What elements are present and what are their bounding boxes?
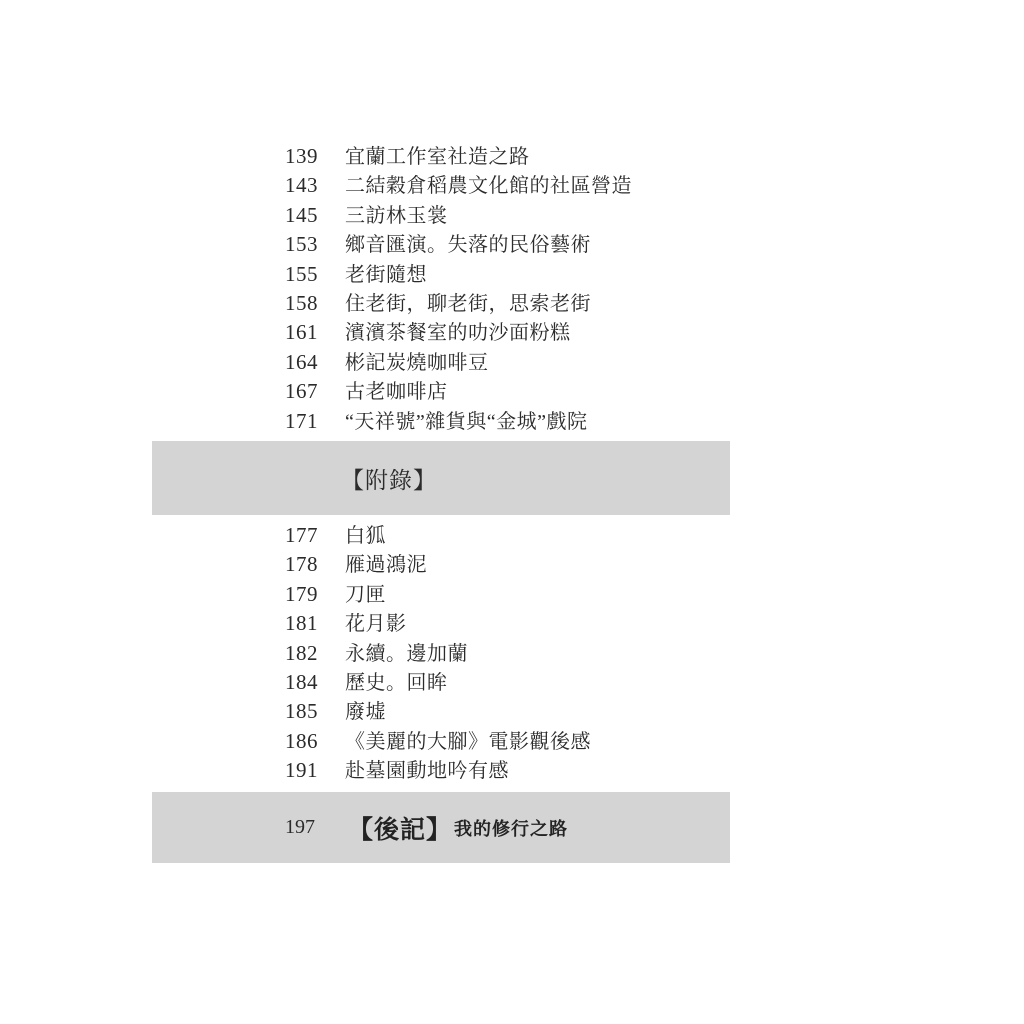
appendix-banner-label: 【附錄】 bbox=[341, 462, 437, 495]
toc-entry-page-number: 179 bbox=[285, 580, 345, 609]
toc-entry-title: 三訪林玉裳 bbox=[345, 205, 448, 227]
postscript-banner-label: 【後記】 bbox=[348, 810, 452, 846]
toc-entry: 191赴墓園動地吟有感 bbox=[0, 756, 1024, 785]
toc-entry: 158住老街，聊老街，思索老街 bbox=[0, 289, 1024, 318]
toc-entry-page-number: 143 bbox=[285, 171, 345, 200]
toc-entry-title: 白狐 bbox=[345, 525, 386, 547]
toc-entry-title: 古老咖啡店 bbox=[345, 381, 448, 403]
toc-entry-title: 歷史。回眸 bbox=[345, 672, 448, 694]
toc-entry-title: 宜蘭工作室社造之路 bbox=[345, 146, 530, 168]
toc-entry-title: 廢墟 bbox=[345, 701, 386, 723]
toc-entry-title: 雁過鴻泥 bbox=[345, 554, 427, 576]
toc-entry-title: 花月影 bbox=[345, 613, 407, 635]
toc-entry-page-number: 155 bbox=[285, 260, 345, 289]
toc-entry-page-number: 184 bbox=[285, 668, 345, 697]
toc-entry: 179刀匣 bbox=[0, 580, 1024, 609]
toc-entry: 184歷史。回眸 bbox=[0, 668, 1024, 697]
toc-entry-page-number: 182 bbox=[285, 639, 345, 668]
toc-entry: 171“天祥號”雜貨與“金城”戲院 bbox=[0, 407, 1024, 436]
toc-entry-page-number: 167 bbox=[285, 377, 345, 406]
toc-entry-page-number: 181 bbox=[285, 609, 345, 638]
toc-entry-title: 住老街，聊老街，思索老街 bbox=[345, 293, 591, 315]
toc-entry-page-number: 178 bbox=[285, 550, 345, 579]
toc-entry: 139宜蘭工作室社造之路 bbox=[0, 142, 1024, 171]
toc-entry-page-number: 185 bbox=[285, 697, 345, 726]
toc-entry-page-number: 158 bbox=[285, 289, 345, 318]
toc-entry: 161濱濱茶餐室的叻沙面粉糕 bbox=[0, 318, 1024, 347]
toc-entry: 181花月影 bbox=[0, 609, 1024, 638]
toc-entry: 145三訪林玉裳 bbox=[0, 201, 1024, 230]
toc-entry-title: 赴墓園動地吟有感 bbox=[345, 760, 509, 782]
toc-entry-page-number: 139 bbox=[285, 142, 345, 171]
toc-entry-page-number: 171 bbox=[285, 407, 345, 436]
toc-entry: 185廢墟 bbox=[0, 697, 1024, 726]
toc-entry-page-number: 164 bbox=[285, 348, 345, 377]
toc-entry-page-number: 186 bbox=[285, 727, 345, 756]
toc-entry: 164彬記炭燒咖啡豆 bbox=[0, 348, 1024, 377]
toc-section-2: 177白狐 178雁過鴻泥 179刀匣 181花月影 182永續。邊加蘭 184… bbox=[0, 521, 1024, 786]
toc-entry: 186《美麗的大腳》電影觀後感 bbox=[0, 727, 1024, 756]
toc-entry: 178雁過鴻泥 bbox=[0, 550, 1024, 579]
toc-entry-title: 鄉音匯演。失落的民俗藝術 bbox=[345, 234, 591, 256]
toc-entry: 155老街隨想 bbox=[0, 260, 1024, 289]
toc-entry-page-number: 177 bbox=[285, 521, 345, 550]
toc-entry-page-number: 153 bbox=[285, 230, 345, 259]
postscript-page-number: 197 bbox=[285, 816, 348, 839]
toc-entry-page-number: 145 bbox=[285, 201, 345, 230]
toc-entry: 167古老咖啡店 bbox=[0, 377, 1024, 406]
postscript-banner: 197【後記】我的修行之路 bbox=[152, 792, 730, 863]
toc-entry-title: 濱濱茶餐室的叻沙面粉糕 bbox=[345, 322, 571, 344]
toc-entry: 153鄉音匯演。失落的民俗藝術 bbox=[0, 230, 1024, 259]
postscript-banner-subtitle: 我的修行之路 bbox=[454, 815, 568, 841]
toc-entry: 182永續。邊加蘭 bbox=[0, 639, 1024, 668]
toc-entry-title: 老街隨想 bbox=[345, 264, 427, 286]
toc-entry-page-number: 161 bbox=[285, 318, 345, 347]
toc-entry: 143二結穀倉稻農文化館的社區營造 bbox=[0, 171, 1024, 200]
toc-entry-title: 二結穀倉稻農文化館的社區營造 bbox=[345, 175, 632, 197]
toc-entry-page-number: 191 bbox=[285, 756, 345, 785]
toc-entry-title: 刀匣 bbox=[345, 584, 386, 606]
toc-entry-title: 永續。邊加蘭 bbox=[345, 643, 468, 665]
toc-entry-title: 《美麗的大腳》電影觀後感 bbox=[345, 731, 591, 753]
toc-entry-title: “天祥號”雜貨與“金城”戲院 bbox=[345, 411, 588, 433]
toc-entry: 177白狐 bbox=[0, 521, 1024, 550]
toc-section-1: 139宜蘭工作室社造之路 143二結穀倉稻農文化館的社區營造 145三訪林玉裳 … bbox=[0, 142, 1024, 436]
appendix-banner: 【附錄】 bbox=[152, 441, 730, 515]
toc-entry-title: 彬記炭燒咖啡豆 bbox=[345, 352, 489, 374]
